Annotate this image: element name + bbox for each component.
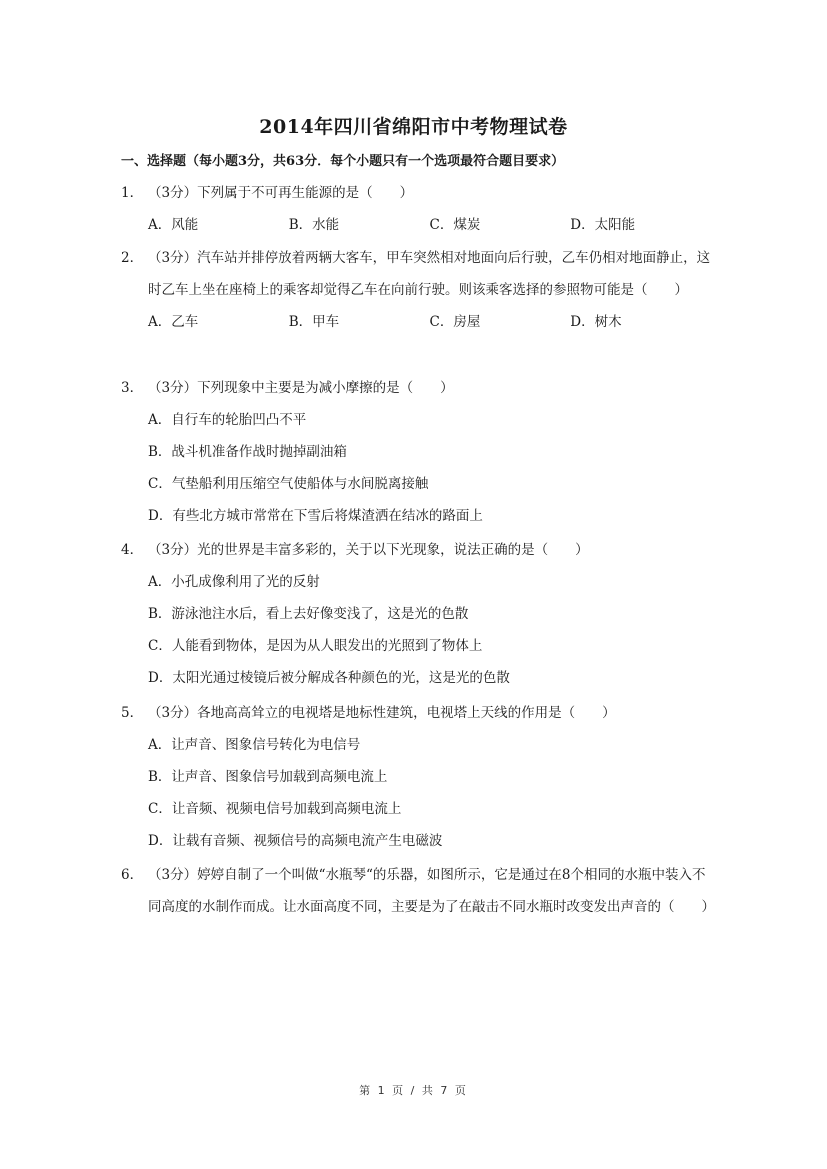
question-stem: （3分）汽车站并排停放着两辆大客车，甲车突然相对地面向后行驶，乙车仍相对地面静止… [148,250,710,298]
question-stem: （3分）光的世界是丰富多彩的，关于以下光现象，说法正确的是（ ） [148,542,589,558]
question-3: 3．（3分）下列现象中主要是为减小摩擦的是（ ） A．自行车的轮胎凹凸不平 B．… [121,372,711,532]
question-2: 2．（3分）汽车站并排停放着两辆大客车，甲车突然相对地面向后行驶，乙车仍相对地面… [121,242,711,338]
question-number: 5． [121,697,148,729]
option-c: C．气垫船利用压缩空气使船体与水间脱离接触 [121,468,711,500]
option-a: A．让声音、图象信号转化为电信号 [121,729,711,761]
section-heading: 一、选择题（每小题3分，共63分．每个小题只有一个选项最符合题目要求） [121,150,564,169]
question-number: 6． [121,859,148,891]
question-number: 1． [121,177,148,209]
option-b: B．游泳池注水后，看上去好像变浅了，这是光的色散 [121,598,711,630]
question-number: 2． [121,242,148,274]
question-number: 4． [121,534,148,566]
question-1: 1．（3分）下列属于不可再生能源的是（ ） A．风能 B．水能 C．煤炭 D．太… [121,177,711,241]
page-title: 2014年四川省绵阳市中考物理试卷 [0,112,827,139]
page-footer: 第 1 页 / 共 7 页 [0,1082,827,1098]
option-d: D．树木 [570,306,711,338]
question-number: 3． [121,372,148,404]
option-c: C．煤炭 [430,209,571,241]
option-b: B．甲车 [289,306,430,338]
option-c: C．人能看到物体，是因为从人眼发出的光照到了物体上 [121,630,711,662]
option-b: B．让声音、图象信号加载到高频电流上 [121,761,711,793]
option-a: A．自行车的轮胎凹凸不平 [121,404,711,436]
option-d: D．太阳光通过棱镜后被分解成各种颜色的光，这是光的色散 [121,662,711,694]
option-a: A．小孔成像利用了光的反射 [121,566,711,598]
question-4: 4．（3分）光的世界是丰富多彩的，关于以下光现象，说法正确的是（ ） A．小孔成… [121,534,711,694]
option-d: D．太阳能 [570,209,711,241]
question-stem: （3分）各地高高耸立的电视塔是地标性建筑，电视塔上天线的作用是（ ） [148,705,616,721]
option-d: D．让载有音频、视频信号的高频电流产生电磁波 [121,825,711,857]
option-a: A．风能 [148,209,289,241]
option-c: C．房屋 [430,306,571,338]
question-6: 6．（3分）婷婷自制了一个叫做“水瓶琴“的乐器，如图所示，它是通过在8个相同的水… [121,859,711,923]
question-stem: （3分）下列现象中主要是为减小摩擦的是（ ） [148,380,454,396]
question-5: 5．（3分）各地高高耸立的电视塔是地标性建筑，电视塔上天线的作用是（ ） A．让… [121,697,711,857]
option-b: B．水能 [289,209,430,241]
option-c: C．让音频、视频电信号加载到高频电流上 [121,793,711,825]
option-b: B．战斗机准备作战时抛掉副油箱 [121,436,711,468]
option-d: D．有些北方城市常常在下雪后将煤渣洒在结冰的路面上 [121,500,711,532]
question-stem: （3分）婷婷自制了一个叫做“水瓶琴“的乐器，如图所示，它是通过在8个相同的水瓶中… [148,867,715,915]
option-a: A．乙车 [148,306,289,338]
question-stem: （3分）下列属于不可再生能源的是（ ） [148,185,413,201]
